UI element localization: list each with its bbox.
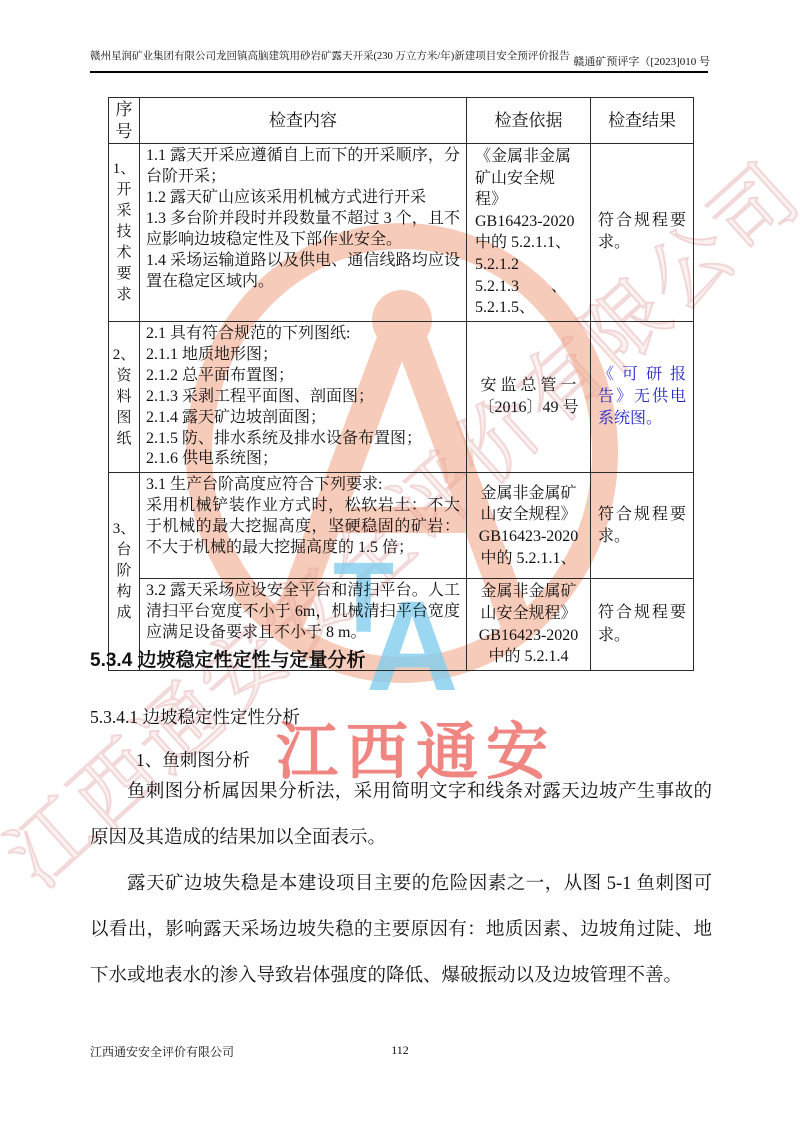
cell-basis: 《金属非金属 矿山安全规程》 GB16423-2020 中的 5.2.1.1、 …: [467, 144, 591, 322]
header-document-number: 赣通矿预评字（[2023]010 号: [565, 53, 710, 69]
header-report-title: 赣州星润矿业集团有限公司龙回镇高脑建筑用砂岩矿露天开采(230 万立方米/年)新…: [90, 51, 575, 64]
cell-seq: 3、 台 阶 构 成: [109, 473, 140, 670]
table-header-row: 序 号 检查内容 检查依据 检查结果: [109, 98, 694, 144]
section-heading: 5.3.4 边坡稳定性定性与定量分析: [90, 645, 366, 672]
table-row: 3、 台 阶 构 成 3.1 生产台阶高度应符合下列要求: 采用机械铲装作业方式…: [109, 473, 694, 579]
cell-result: 符合规程要求。: [591, 144, 694, 322]
table-row: 1、 开 采 技 术 要 求 1.1 露天开采应遵循自上而下的开采顺序，分台阶开…: [109, 144, 694, 322]
cell-seq: 1、 开 采 技 术 要 求: [109, 144, 140, 322]
cell-seq: 2、 资 料 图 纸: [109, 321, 140, 473]
column-header-basis: 检查依据: [467, 98, 591, 144]
column-header-content: 检查内容: [140, 98, 467, 144]
cell-basis: 金属非金属矿 山安全规程》 GB16423-2020 中的 5.2.1.1、: [467, 473, 591, 579]
inspection-table: 序 号 检查内容 检查依据 检查结果 1、 开 采 技 术 要 求 1.1 露天…: [108, 97, 694, 671]
cell-content: 3.1 生产台阶高度应符合下列要求: 采用机械铲装作业方式时，松软岩土：不大于机…: [140, 473, 467, 579]
subsection-heading: 5.3.4.1 边坡稳定性定性分析: [90, 704, 300, 729]
column-header-result: 检查结果: [591, 98, 694, 144]
document-page: 江西通安安全评价有限公司 T A 江西通安 赣州星润矿业集团有限公司龙回镇高脑建…: [0, 0, 800, 1131]
table-row: 2、 资 料 图 纸 2.1 具有符合规范的下列图纸: 2.1.1 地质地形图；…: [109, 321, 694, 473]
paragraph: 露天矿边坡失稳是本建设项目主要的危险因素之一，从图 5-1 鱼刺图可以看出，影响…: [90, 861, 712, 999]
header-divider: [90, 71, 708, 73]
column-header-seq: 序 号: [109, 98, 140, 144]
cell-content: 2.1 具有符合规范的下列图纸: 2.1.1 地质地形图； 2.1.2 总平面布…: [140, 321, 467, 473]
cell-result: 符合规程要求。: [591, 579, 694, 670]
cell-result: 《可研报告》无供电系统图。: [591, 321, 694, 473]
body-text: 鱼刺图分析属因果分析法，采用简明文字和线条对露天边坡产生事故的原因及其造成的结果…: [90, 769, 712, 999]
cell-basis: 安 监 总 管 一 〔2016〕49 号: [467, 321, 591, 473]
footer-company-name: 江西通安安全评价有限公司: [90, 1043, 234, 1060]
cell-basis: 金属非金属矿 山安全规程》 GB16423-2020 中的 5.2.1.4: [467, 579, 591, 670]
cell-result: 符合规程要求。: [591, 473, 694, 579]
paragraph: 鱼刺图分析属因果分析法，采用简明文字和线条对露天边坡产生事故的原因及其造成的结果…: [90, 769, 712, 861]
cell-content: 1.1 露天开采应遵循自上而下的开采顺序，分台阶开采； 1.2 露天矿山应该采用…: [140, 144, 467, 322]
